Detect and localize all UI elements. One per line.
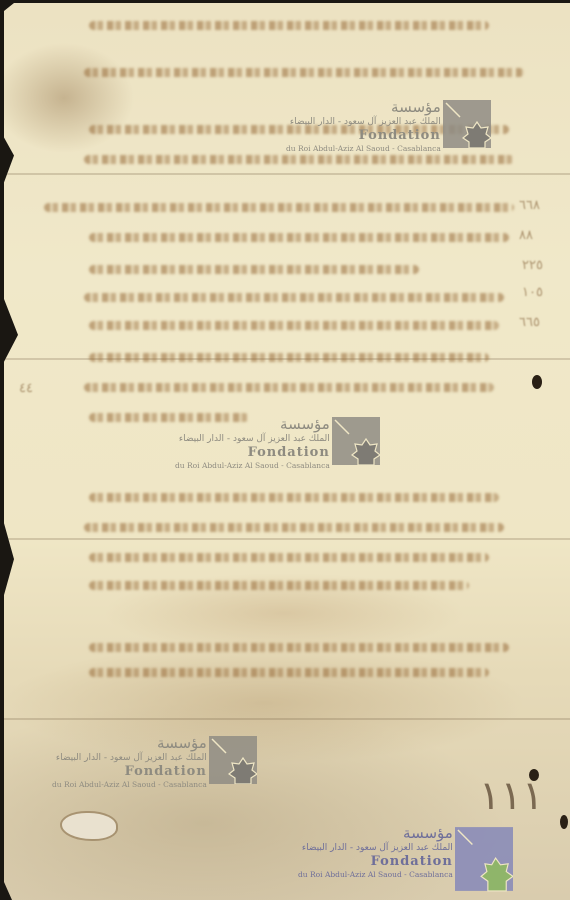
watermark-french-title: Fondation xyxy=(298,855,453,868)
handwriting-line xyxy=(89,233,509,242)
margin-number: ٦٦٥ xyxy=(519,315,540,330)
watermark-arabic-subtitle: الملك عبد العزيز آل سعود - الدار البيضاء xyxy=(175,435,330,444)
fondation-logo-icon xyxy=(332,417,380,465)
handwriting-line xyxy=(84,293,504,302)
handwriting-line xyxy=(89,668,489,677)
margin-number: ٦٦٨ xyxy=(519,198,540,213)
watermark-arabic-subtitle: الملك عبد العزيز آل سعود - الدار البيضاء xyxy=(286,118,441,127)
ink-blot xyxy=(560,815,568,829)
paper-fold xyxy=(4,718,570,720)
handwriting-line xyxy=(89,581,469,590)
handwriting-line xyxy=(89,265,419,274)
fondation-logo-icon xyxy=(209,736,257,784)
paper-fold xyxy=(4,173,570,175)
handwriting-line xyxy=(84,523,504,532)
watermark-fondation: مؤسسة الملك عبد العزيز آل سعود - الدار ا… xyxy=(175,417,380,470)
handwriting-line xyxy=(84,383,494,392)
watermark-french-subtitle: du Roi Abdul-Aziz Al Saoud - Casablanca xyxy=(286,145,441,153)
watermark-arabic-subtitle: الملك عبد العزيز آل سعود - الدار البيضاء xyxy=(298,844,453,853)
watermark-french-subtitle: du Roi Abdul-Aziz Al Saoud - Casablanca xyxy=(298,871,453,879)
watermark-french-title: Fondation xyxy=(52,765,207,778)
watermark-french-title: Fondation xyxy=(286,129,441,142)
watermark-arabic-subtitle: الملك عبد العزيز آل سعود - الدار البيضاء xyxy=(52,754,207,763)
handwriting-line xyxy=(89,21,489,30)
fondation-logo-icon xyxy=(443,100,491,148)
margin-number: ٤٤ xyxy=(19,381,33,396)
ink-blot xyxy=(532,375,542,389)
watermark-french-subtitle: du Roi Abdul-Aziz Al Saoud - Casablanca xyxy=(175,462,330,470)
watermark-french-title: Fondation xyxy=(175,446,330,459)
paper-fold xyxy=(4,538,570,540)
watermark-french-subtitle: du Roi Abdul-Aziz Al Saoud - Casablanca xyxy=(52,781,207,789)
watermark-fondation-color: مؤسسة الملك عبد العزيز آل سعود - الدار ا… xyxy=(298,826,513,892)
margin-number: ٢٢٥ xyxy=(522,258,543,273)
watermark-fondation: مؤسسة الملك عبد العزيز آل سعود - الدار ا… xyxy=(52,736,257,789)
handwriting-line xyxy=(44,203,514,212)
handwriting-line xyxy=(89,353,489,362)
handwriting-line xyxy=(89,321,499,330)
watermark-arabic-title: مؤسسة xyxy=(175,417,330,432)
watermark-fondation: مؤسسة الملك عبد العزيز آل سعود - الدار ا… xyxy=(286,100,491,153)
watermark-arabic-title: مؤسسة xyxy=(286,100,441,115)
fondation-logo-icon xyxy=(455,826,513,892)
paper-damage xyxy=(62,813,116,839)
margin-number: ١٠٥ xyxy=(522,285,543,300)
handwriting-line xyxy=(89,643,509,652)
handwriting-line xyxy=(84,155,514,164)
watermark-arabic-title: مؤسسة xyxy=(298,826,453,841)
margin-number: ٨٨ xyxy=(519,228,533,243)
watermark-arabic-title: مؤسسة xyxy=(52,736,207,751)
handwriting-line xyxy=(89,553,489,562)
handwriting-line xyxy=(89,493,499,502)
handwriting-line xyxy=(84,68,524,77)
tally-marks: ١١١ xyxy=(479,773,543,819)
